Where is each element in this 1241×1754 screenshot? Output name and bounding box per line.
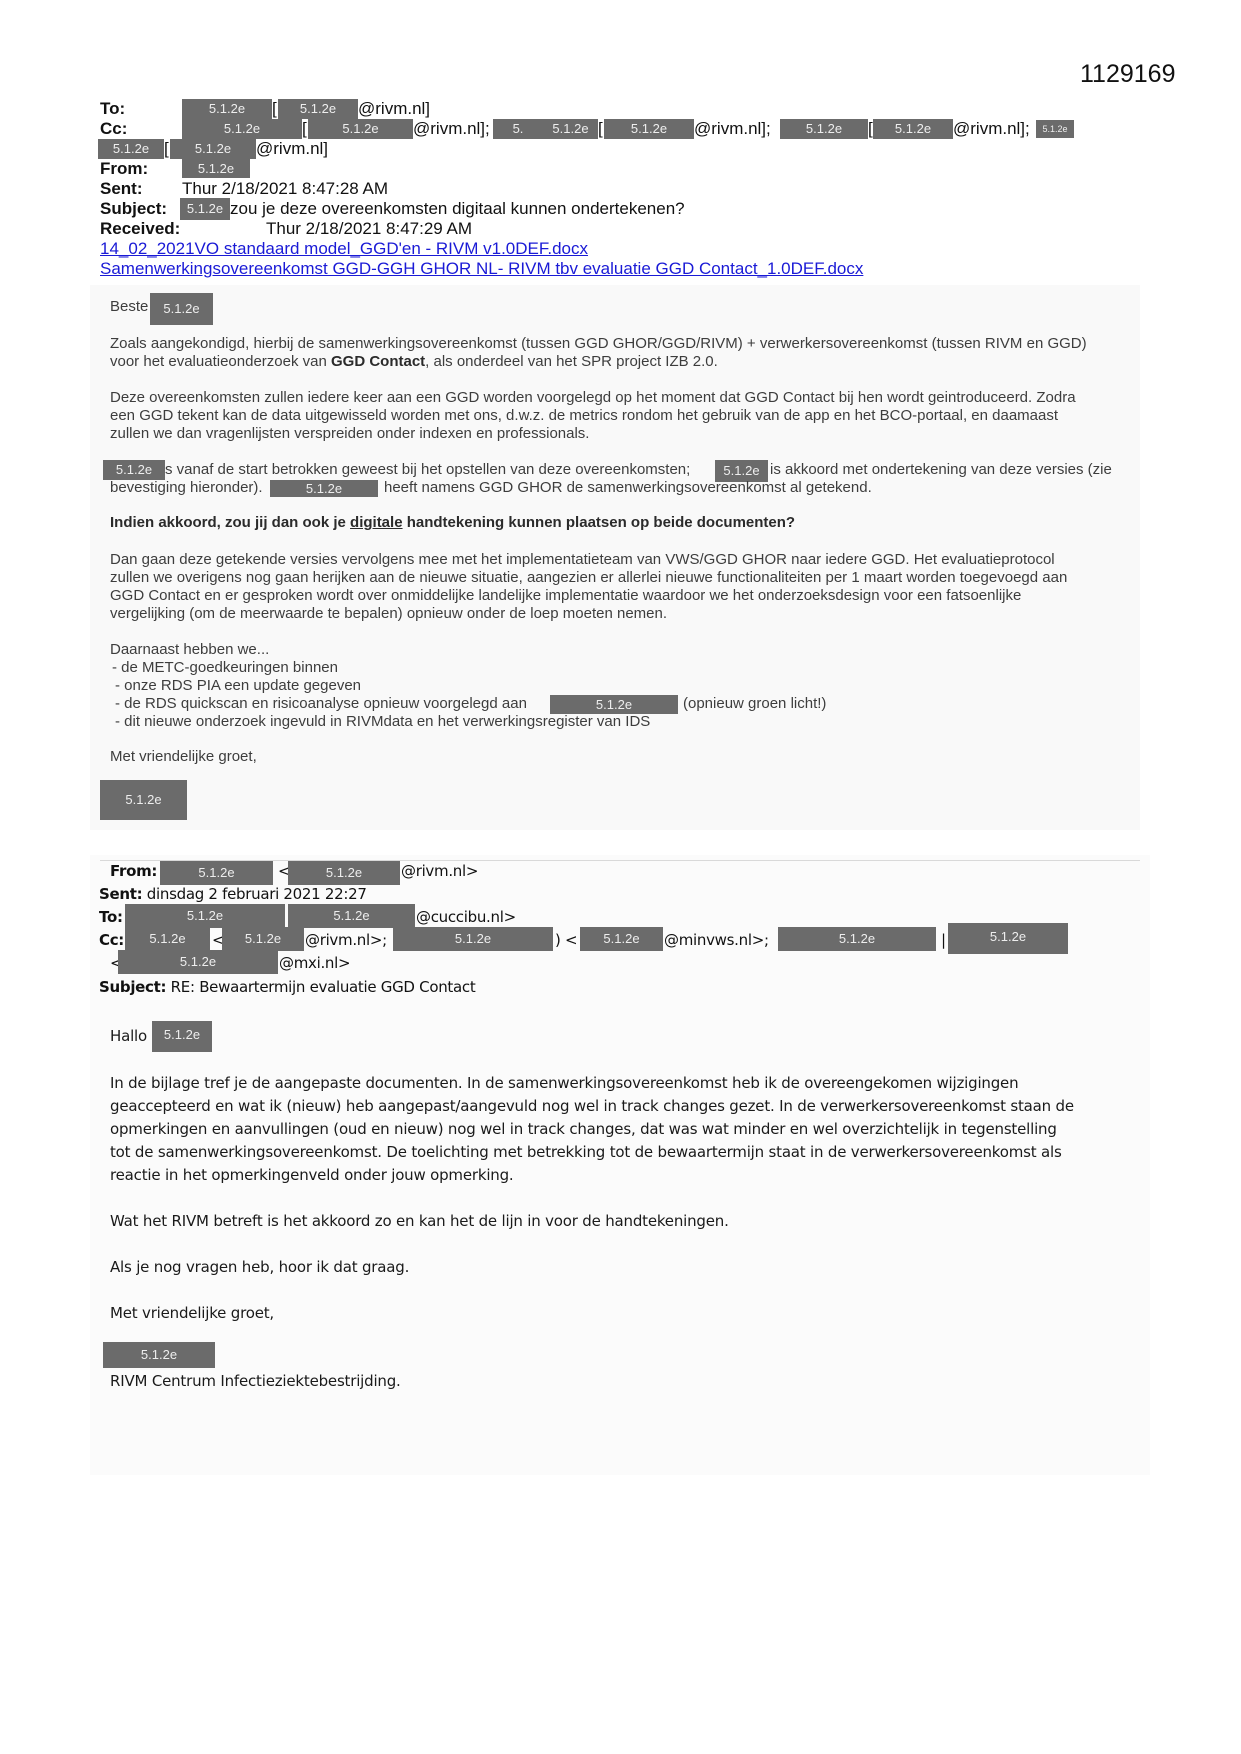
redaction: 5.1.2e: [393, 927, 553, 951]
redaction: 5.1.2e: [182, 99, 272, 119]
from-domain: @rivm.nl>: [401, 862, 478, 880]
list-item: - de RDS quickscan en risicoanalyse opni…: [115, 695, 527, 712]
redaction: 5.1.2e: [288, 904, 415, 928]
signature-redaction: 5.1.2e: [100, 780, 187, 820]
ggd-contact-bold: GGD Contact: [331, 353, 425, 370]
paragraph: Wat het RIVM betreft is het akkoord zo e…: [110, 1212, 729, 1230]
list-item: - de METC-goedkeuringen binnen: [112, 659, 338, 676]
sent-row: Sent: dinsdag 2 februari 2021 22:27: [99, 885, 367, 903]
redaction: 5.1.2e: [580, 927, 663, 951]
cc-domain-3: @mxi.nl>: [279, 954, 350, 972]
cc-domain-2: @rivm.nl];: [694, 119, 771, 139]
paragraph-line: geaccepteerd en wat ik (nieuw) heb aange…: [110, 1097, 1074, 1115]
paragraph-line: Deze overeenkomsten zullen iedere keer a…: [110, 389, 1076, 406]
redaction: 5.1.2e: [604, 119, 694, 139]
cc-label: Cc:: [99, 931, 124, 949]
from-label: From:: [100, 159, 148, 179]
redaction: 5.1.2e: [543, 119, 598, 139]
redaction: 5.1.2e: [182, 159, 250, 178]
paragraph-line: reactie in het opmerkingenveld onder jou…: [110, 1166, 513, 1184]
signature-org: RIVM Centrum Infectieziektebestrijding.: [110, 1372, 401, 1390]
paragraph-line: zullen we dan vragenlijsten verspreiden …: [110, 425, 589, 442]
redaction: 5.1.2e: [152, 1021, 212, 1052]
received-value: Thur 2/18/2021 8:47:29 AM: [266, 219, 472, 239]
paragraph-line: heeft namens GGD GHOR de samenwerkingsov…: [384, 479, 872, 496]
greeting: Beste: [110, 298, 148, 315]
paragraph-line: opmerkingen en aanvullingen (oud en nieu…: [110, 1120, 1057, 1138]
redaction: 5.1.2e: [780, 119, 868, 139]
signature-request: Indien akkoord, zou jij dan ook je digit…: [110, 514, 795, 531]
redaction: 5.1.2e: [180, 198, 230, 220]
redaction: 5.1.2e: [98, 139, 164, 159]
redaction: 5.1.2e: [550, 695, 678, 714]
redaction: 5.1.2e: [308, 119, 413, 139]
list-item-suffix: (opnieuw groen licht!): [683, 695, 826, 712]
paragraph-line: Dan gaan deze getekende versies vervolge…: [110, 551, 1055, 568]
subject-label: Subject:: [100, 199, 167, 219]
closing: Met vriendelijke groet,: [110, 1304, 274, 1322]
paragraph-line: zullen we overigens nog gaan herijken aa…: [110, 569, 1067, 586]
redaction: 5.1.2e: [270, 480, 378, 497]
cc-pipe: |: [941, 931, 946, 949]
cc-domain-4: @rivm.nl]: [256, 139, 328, 159]
signature-redaction: 5.1.2e: [103, 1342, 215, 1368]
paragraph-line: een GGD tekent kan de data uitgewisseld …: [110, 407, 1058, 424]
paragraph-line: Zoals aangekondigd, hierbij de samenwerk…: [110, 335, 1087, 352]
redaction: 5.1.2e: [288, 861, 400, 885]
cc-label: Cc:: [100, 119, 127, 139]
paragraph-line: tot de samenwerkingsovereenkomst. De toe…: [110, 1143, 1062, 1161]
redaction: 5.1.2e: [125, 904, 285, 928]
sent-value: Thur 2/18/2021 8:47:28 AM: [182, 179, 388, 199]
paragraph-line: bevestiging hieronder).: [110, 479, 263, 496]
subject-text: zou je deze overeenkomsten digitaal kunn…: [230, 199, 685, 219]
list-item: - dit nieuwe onderzoek ingevuld in RIVMd…: [115, 713, 650, 730]
list-intro: Daarnaast hebben we...: [110, 641, 269, 658]
to-domain: @rivm.nl]: [358, 99, 430, 119]
document-number: 1129169: [1080, 60, 1175, 89]
received-label: Received:: [100, 219, 180, 239]
paragraph-line: vergelijking (om de meerwaarde te bepale…: [110, 605, 667, 622]
redaction: 5.1.2e: [778, 927, 936, 951]
bracket: [: [302, 119, 307, 139]
redaction: 5.: [493, 119, 543, 139]
redaction: 5.1.2e: [1036, 120, 1074, 138]
paragraph-line: s vanaf de start betrokken geweest bij h…: [165, 461, 690, 478]
bracket: [: [272, 99, 277, 119]
cc-domain-2: @minvws.nl>;: [664, 931, 769, 949]
from-label: From:: [110, 862, 157, 880]
to-label: To:: [100, 99, 125, 118]
to-domain: @cuccibu.nl>: [416, 908, 516, 926]
paragraph-line: In de bijlage tref je de aangepaste docu…: [110, 1074, 1018, 1092]
redaction: 5.1.2e: [160, 861, 273, 885]
paragraph-line: voor het evaluatieonderzoek van GGD Cont…: [110, 353, 718, 370]
redaction: 5.1.2e: [873, 119, 953, 139]
sent-label: Sent:: [100, 179, 143, 199]
list-item: - onze RDS PIA een update gegeven: [115, 677, 361, 694]
cc-domain-1: @rivm.nl];: [413, 119, 490, 139]
attachment-link[interactable]: Samenwerkingsovereenkomst GGD-GGH GHOR N…: [100, 259, 863, 279]
subject-row: Subject: RE: Bewaartermijn evaluatie GGD…: [99, 978, 475, 996]
cc-paren: ) <: [555, 931, 577, 949]
bracket: [: [164, 139, 169, 159]
closing: Met vriendelijke groet,: [110, 748, 257, 765]
redaction: 5.1.2e: [118, 950, 278, 974]
redaction: 5.1.2e: [170, 139, 256, 159]
redaction: 5.1.2e: [103, 460, 165, 480]
paragraph-line: is akkoord met ondertekening van deze ve…: [770, 461, 1112, 478]
redaction: 5.1.2e: [150, 293, 213, 325]
redaction: 5.1.2e: [125, 927, 210, 951]
bracket: [: [598, 119, 603, 139]
redaction: 5.1.2e: [278, 99, 358, 119]
to-row: To:: [100, 99, 125, 119]
attachment-link[interactable]: 14_02_2021VO standaard model_GGD'en - RI…: [100, 239, 588, 259]
redaction: 5.1.2e: [948, 923, 1068, 954]
redaction: 5.1.2e: [222, 927, 304, 951]
cc-domain-1: @rivm.nl>;: [305, 931, 387, 949]
cc-domain-3: @rivm.nl];: [953, 119, 1030, 139]
redaction: 5.1.2e: [182, 119, 302, 139]
paragraph: Als je nog vragen heb, hoor ik dat graag…: [110, 1258, 409, 1276]
paragraph-line: GGD Contact en er gesproken wordt over o…: [110, 587, 1021, 604]
greeting: Hallo: [110, 1027, 147, 1045]
to-label: To:: [99, 908, 123, 926]
